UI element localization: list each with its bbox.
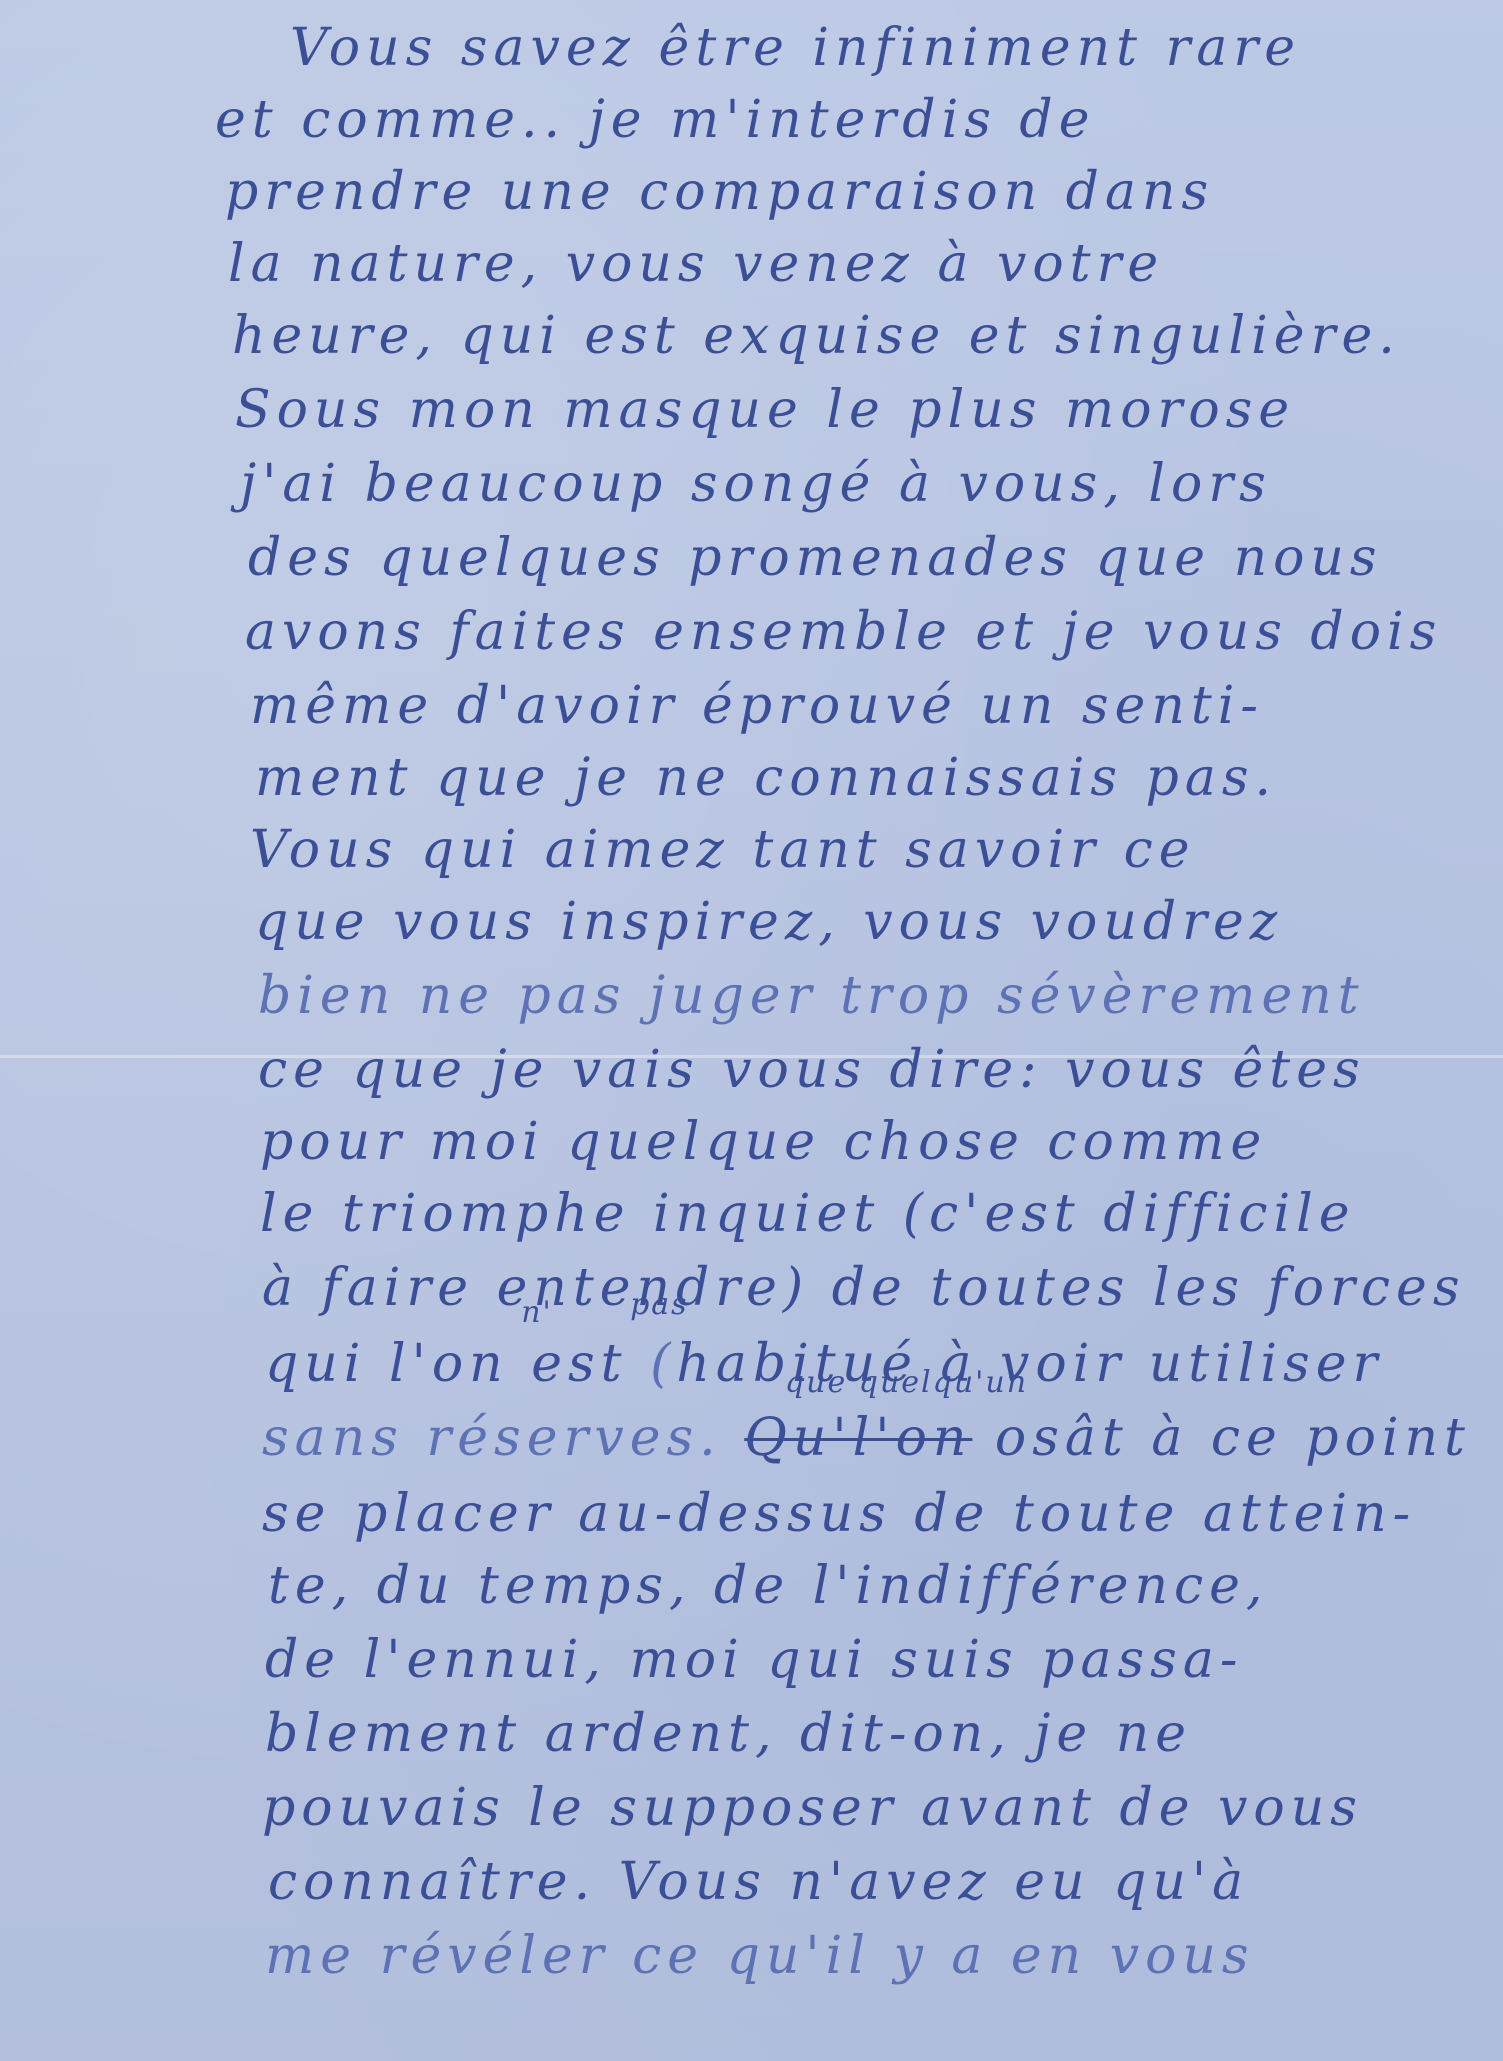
letter-line-11: ment que je ne connaissais pas.: [255, 752, 1277, 804]
line19-after: habitué à voir utiliser: [676, 1334, 1383, 1394]
insert-quelquun: que quelqu'un: [785, 1368, 1028, 1398]
letter-line-8: des quelques promenades que nous: [248, 532, 1383, 584]
letter-line-22: te, du temps, de l'indifférence,: [268, 1560, 1268, 1612]
letter-line-7: j'ai beaucoup songé à vous, lors: [240, 458, 1272, 510]
letter-line-23: de l'ennui, moi qui suis passa-: [265, 1634, 1243, 1686]
letter-line-4: la nature, vous venez à votre: [228, 238, 1164, 290]
letter-line-18: à faire entendre) de toutes les forces: [262, 1262, 1466, 1314]
letter-page: Vous savez être infiniment rare et comme…: [0, 0, 1503, 2061]
letter-line-25: pouvais le supposer avant de vous: [262, 1782, 1363, 1834]
line20-before: sans réserves.: [262, 1408, 722, 1468]
line20-after: osât à ce point: [995, 1408, 1471, 1468]
letter-line-10: même d'avoir éprouvé un senti-: [250, 680, 1264, 732]
line19-mid-wrap: n' est: [531, 1334, 650, 1394]
letter-line-9: avons faites ensemble et je vous dois: [245, 606, 1442, 658]
insert-n: n': [521, 1298, 553, 1328]
line20-after-wrap: que quelqu'un osât à ce point: [995, 1408, 1471, 1468]
letter-line-2: et comme.. je m'interdis de: [215, 94, 1095, 146]
letter-line-15: ce que je vais vous dire: vous êtes: [258, 1044, 1366, 1096]
letter-line-3: prendre une comparaison dans: [225, 166, 1214, 218]
letter-line-26: connaître. Vous n'avez eu qu'à: [268, 1856, 1249, 1908]
line19-before: qui l'on: [265, 1334, 509, 1394]
struck-word: Qu'l'on: [744, 1408, 972, 1468]
letter-line-16: pour moi quelque chose comme: [260, 1116, 1267, 1168]
insert-pas: pas: [630, 1290, 689, 1320]
line19-mid: est: [531, 1334, 627, 1394]
letter-line-13: que vous inspirez, vous voudrez: [255, 896, 1283, 948]
letter-line-1: Vous savez être infiniment rare: [290, 22, 1301, 74]
letter-line-12: Vous qui aimez tant savoir ce: [250, 824, 1195, 876]
letter-line-20: sans réserves. Qu'l'on que quelqu'un osâ…: [262, 1412, 1471, 1464]
letter-line-24: blement ardent, dit-on, je ne: [265, 1708, 1192, 1760]
letter-line-17: le triomphe inquiet (c'est difficile: [260, 1188, 1356, 1240]
letter-line-5: heure, qui est exquise et singulière.: [232, 310, 1401, 362]
letter-line-14: bien ne pas juger trop sévèrement: [258, 970, 1365, 1022]
letter-line-6: Sous mon masque le plus morose: [235, 384, 1295, 436]
letter-line-27: me révéler ce qu'il y a en vous: [265, 1930, 1255, 1982]
letter-line-21: se placer au-dessus de toute attein-: [262, 1488, 1416, 1540]
